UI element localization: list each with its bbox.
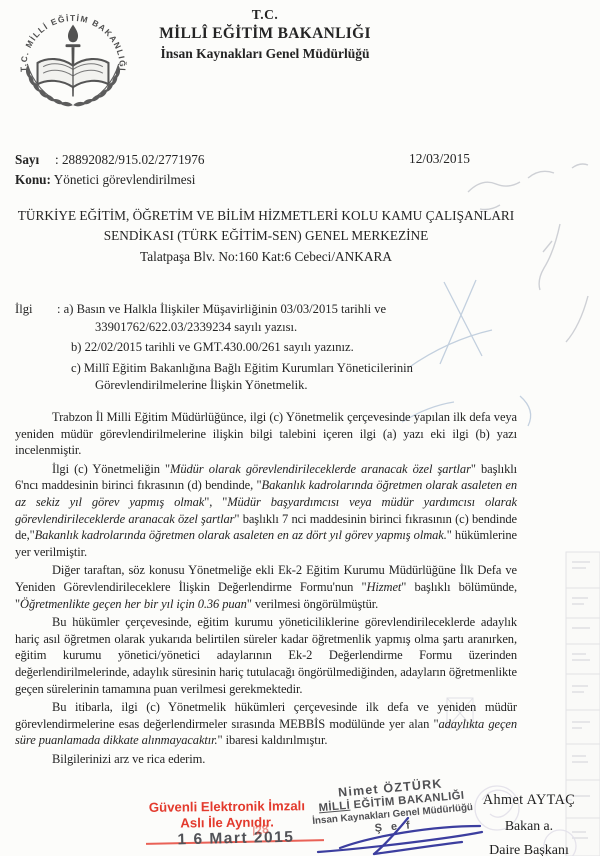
paragraph-2: İlgi (c) Yönetmeliğin "Müdür olarak göre…: [15, 461, 517, 561]
sef-signature-icon: [312, 814, 487, 856]
date-stamp-overlay: /28: [251, 822, 270, 839]
recipient-line-1: TÜRKİYE EĞİTİM, ÖĞRETİM VE BİLİM HİZMETL…: [15, 206, 517, 226]
text-segment: İlgi (c) Yönetmeliğin ": [52, 462, 170, 476]
ilgi-item-b: b) 22/02/2015 tarihli ve GMT.430.00/261 …: [71, 339, 519, 357]
paragraph-4: Bu hükümler çerçevesinde, eğitim kurumu …: [15, 614, 517, 697]
letterhead: T.C. MİLLÎ EĞİTİM BAKANLIĞI İnsan Kaynak…: [30, 7, 500, 62]
ilgi-items: : a) Basın ve Halkla İlişkiler Müşavirli…: [57, 301, 519, 395]
recipient-address: Talatpaşa Blv. No:160 Kat:6 Cebeci/ANKAR…: [15, 247, 517, 267]
letter-body: Trabzon İl Milli Eğitim Müdürlüğünce, il…: [15, 409, 517, 767]
text-segment: ", ": [204, 495, 227, 509]
text-segment: Hizmet: [366, 580, 401, 594]
header-tc: T.C.: [30, 7, 500, 23]
signer-name: Ahmet AYTAÇ: [462, 788, 596, 813]
paragraph-3: Diğer taraftan, söz konusu Yönetmeliğe e…: [15, 562, 517, 612]
sayi-label: Sayı: [15, 150, 55, 170]
ilgi-item-c: c) Millî Eğitim Bakanlığına Bağlı Eğitim…: [71, 360, 519, 395]
document-date: 12/03/2015: [409, 151, 470, 167]
paragraph-5: Bu itibarla, ilgi (c) Yönetmelik hükümle…: [15, 699, 517, 749]
text-segment: " ibaresi kaldırılmıştır.: [218, 733, 328, 747]
ilgi-label: İlgi: [15, 301, 57, 395]
date-stamp: 1 6 Mart 2015: [150, 828, 322, 850]
header-department: İnsan Kaynakları Genel Müdürlüğü: [30, 46, 500, 62]
meta-block: Sayı: 28892082/915.02/2771976 Konu: Yöne…: [15, 150, 435, 189]
document-page: T.C. MİLLİ EĞİTİM BAKANLIĞI: [0, 0, 600, 856]
recipient-line-2: SENDİKASI (TÜRK EĞİTİM-SEN) GENEL MERKEZ…: [15, 226, 517, 246]
ilgi-item-a: : a) Basın ve Halkla İlişkiler Müşavirli…: [57, 301, 519, 336]
closing-line: Bilgilerinizi arz ve rica ederim.: [15, 751, 517, 768]
header-ministry: MİLLÎ EĞİTİM BAKANLIĞI: [30, 25, 500, 43]
text-segment: Bakanlık kadrolarında öğretmen olarak as…: [35, 528, 447, 542]
konu-value: Yönetici görevlendirilmesi: [54, 172, 196, 187]
text-segment: Öğretmenlikte geçen her bir yıl için 0.3…: [20, 597, 247, 611]
text-segment: Müdür olarak görevlendirileceklerde aran…: [170, 462, 471, 476]
sayi-value: : 28892082/915.02/2771976: [55, 152, 204, 167]
paragraph-1: Trabzon İl Milli Eğitim Müdürlüğünce, il…: [15, 409, 517, 459]
recipient-block: TÜRKİYE EĞİTİM, ÖĞRETİM VE BİLİM HİZMETL…: [15, 206, 517, 267]
konu-label: Konu:: [15, 172, 51, 187]
ilgi-block: İlgi : a) Basın ve Halkla İlişkiler Müşa…: [15, 301, 519, 395]
text-segment: " verilmesi öngörülmüştür.: [247, 597, 378, 611]
konu-row: Konu: Yönetici görevlendirilmesi: [15, 170, 435, 190]
sayi-row: Sayı: 28892082/915.02/2771976: [15, 150, 435, 170]
